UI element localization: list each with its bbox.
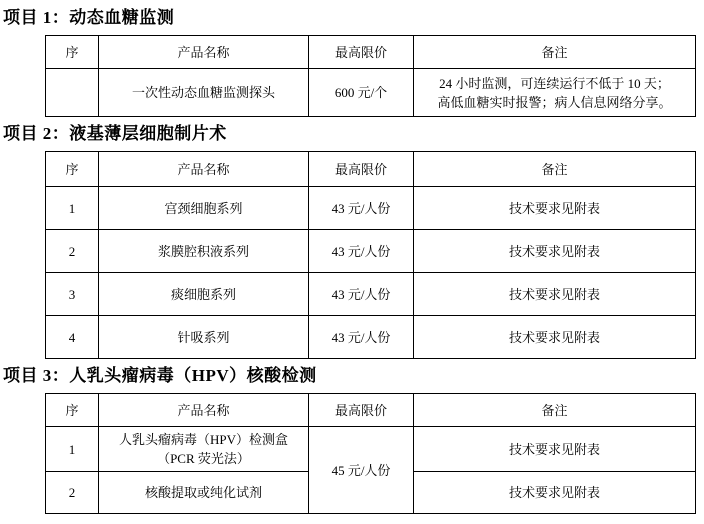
cell-product: 宫颈细胞系列 [99,187,309,230]
header-product: 产品名称 [99,394,309,427]
cell-seq: 2 [46,472,99,514]
header-remark: 备注 [414,152,696,187]
table-row: 4 针吸系列 43 元/人份 技术要求见附表 [46,316,696,359]
cell-price: 43 元/人份 [309,273,414,316]
section-2-title: 项目 2：液基薄层细胞制片术 [3,124,704,143]
table-row: 1 人乳头瘤病毒（HPV）检测盒 （PCR 荧光法） 45 元/人份 技术要求见… [46,427,696,472]
cell-price: 43 元/人份 [309,316,414,359]
table-row: 1 宫颈细胞系列 43 元/人份 技术要求见附表 [46,187,696,230]
header-price: 最高限价 [309,36,414,69]
header-price: 最高限价 [309,394,414,427]
header-remark: 备注 [414,36,696,69]
project-3-table: 序 产品名称 最高限价 备注 1 人乳头瘤病毒（HPV）检测盒 （PCR 荧光法… [45,393,696,514]
cell-seq: 3 [46,273,99,316]
cell-product: 针吸系列 [99,316,309,359]
project-2-table: 序 产品名称 最高限价 备注 1 宫颈细胞系列 43 元/人份 技术要求见附表 … [45,151,696,359]
cell-seq: 1 [46,427,99,472]
cell-product: 痰细胞系列 [99,273,309,316]
header-price: 最高限价 [309,152,414,187]
table-row: 3 痰细胞系列 43 元/人份 技术要求见附表 [46,273,696,316]
cell-product: 一次性动态血糖监测探头 [99,69,309,117]
cell-product: 浆膜腔积液系列 [99,230,309,273]
cell-remark: 技术要求见附表 [414,230,696,273]
cell-seq: 2 [46,230,99,273]
cell-remark: 24 小时监测，可连续运行不低于 10 天； 高低血糖实时报警；病人信息网络分享… [414,69,696,117]
section-project-1: 项目 1：动态血糖监测 序 产品名称 最高限价 备注 一次性动态血糖监测探头 6… [0,8,704,117]
header-seq: 序 [46,152,99,187]
cell-seq: 4 [46,316,99,359]
cell-price: 600 元/个 [309,69,414,117]
cell-price: 43 元/人份 [309,187,414,230]
table-row: 一次性动态血糖监测探头 600 元/个 24 小时监测，可连续运行不低于 10 … [46,69,696,117]
section-3-title: 项目 3：人乳头瘤病毒（HPV）核酸检测 [3,366,704,385]
header-remark: 备注 [414,394,696,427]
header-seq: 序 [46,394,99,427]
table-row: 2 浆膜腔积液系列 43 元/人份 技术要求见附表 [46,230,696,273]
cell-remark: 技术要求见附表 [414,187,696,230]
cell-product: 核酸提取或纯化试剂 [99,472,309,514]
project-1-table: 序 产品名称 最高限价 备注 一次性动态血糖监测探头 600 元/个 24 小时… [45,35,696,117]
cell-seq: 1 [46,187,99,230]
section-1-title: 项目 1：动态血糖监测 [3,8,704,27]
cell-remark: 技术要求见附表 [414,273,696,316]
document-page: 项目 1：动态血糖监测 序 产品名称 最高限价 备注 一次性动态血糖监测探头 6… [0,0,704,524]
table-header-row: 序 产品名称 最高限价 备注 [46,152,696,187]
table-header-row: 序 产品名称 最高限价 备注 [46,36,696,69]
cell-seq [46,69,99,117]
cell-remark: 技术要求见附表 [414,427,696,472]
section-project-2: 项目 2：液基薄层细胞制片术 序 产品名称 最高限价 备注 1 宫颈细胞系列 4… [0,124,704,359]
cell-remark: 技术要求见附表 [414,472,696,514]
header-product: 产品名称 [99,36,309,69]
section-project-3: 项目 3：人乳头瘤病毒（HPV）核酸检测 序 产品名称 最高限价 备注 1 人乳… [0,366,704,514]
cell-remark: 技术要求见附表 [414,316,696,359]
table-header-row: 序 产品名称 最高限价 备注 [46,394,696,427]
cell-product: 人乳头瘤病毒（HPV）检测盒 （PCR 荧光法） [99,427,309,472]
cell-price: 43 元/人份 [309,230,414,273]
header-product: 产品名称 [99,152,309,187]
cell-price-merged: 45 元/人份 [309,427,414,514]
header-seq: 序 [46,36,99,69]
